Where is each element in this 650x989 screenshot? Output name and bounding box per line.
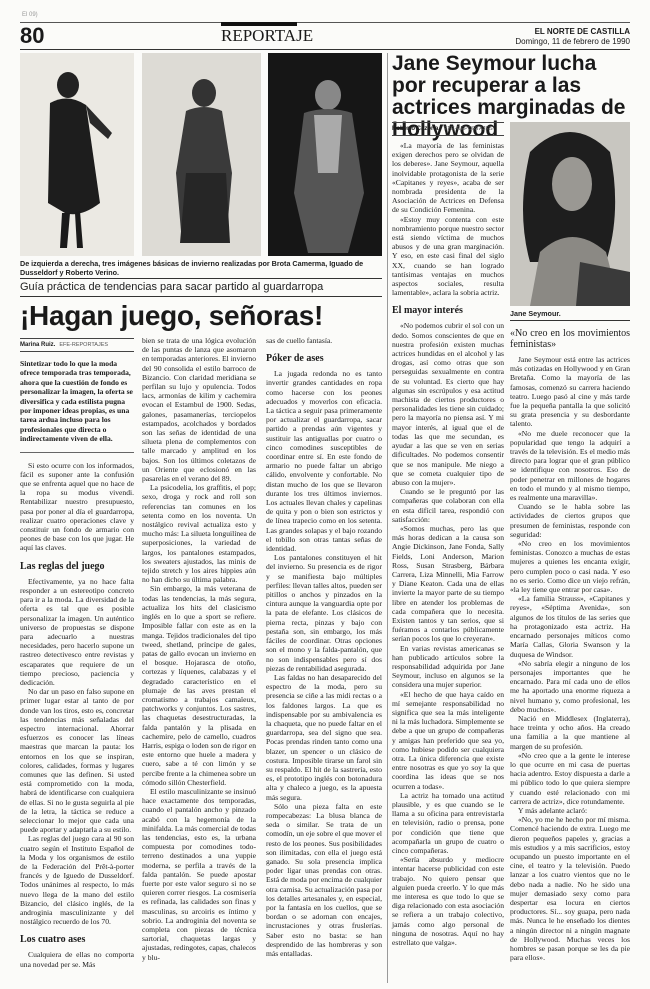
paragraph: Las faldas no han desaparecido del espec… xyxy=(266,673,382,802)
paragraph: Cuando se le preguntó por las compañeras… xyxy=(392,487,504,524)
paragraph: Y más adelante aclaró: xyxy=(510,806,630,815)
paragraph: Nació en Middlesex (Inglaterra), hace tr… xyxy=(510,714,630,751)
paragraph: «No, yo me he hecho por mí misma. Comenc… xyxy=(510,815,630,962)
paragraph: Las reglas del juego cara al 90 son cuat… xyxy=(20,834,134,926)
issue-date: Domingo, 11 de febrero de 1990 xyxy=(515,37,630,47)
byline-author: Marina Ruiz. xyxy=(20,342,55,348)
fashion-column-2: bien se trata de una lógica evolución de… xyxy=(142,336,256,962)
paragraph: «Sería absurdo y mediocre intentar hacer… xyxy=(392,855,504,947)
fashion-photo-2 xyxy=(142,53,261,256)
paragraph: No dar un paso en falso supone en primer… xyxy=(20,687,134,834)
paragraph: «El hecho de que haya caído en mí semeja… xyxy=(392,690,504,791)
byline-agency: EFE-REPORTAJES xyxy=(59,342,108,348)
paragraph: «No podemos cubrir el sol con un dedo. S… xyxy=(392,321,504,487)
paragraph: La psicodelia, los graffitis, el pop; se… xyxy=(142,483,256,584)
woman-in-coat-image xyxy=(20,53,134,256)
subhead-mayor-interes: El mayor interés xyxy=(392,305,504,316)
seymour-photo xyxy=(510,122,630,306)
paragraph: «No me duele reconocer que la popularida… xyxy=(510,429,630,503)
article-lead: Sintetizar todo lo que la moda ofrece te… xyxy=(20,359,134,444)
masthead-rule xyxy=(20,49,630,50)
byline-agency: EFE-REPORTAJES xyxy=(444,126,493,132)
paragraph: «No creo que a la gente le interese lo q… xyxy=(510,751,630,806)
paragraph: Si esto ocurre con los informados, fácil… xyxy=(20,461,134,553)
column-divider xyxy=(387,53,388,983)
paragraph: bien se trata de una lógica evolución de… xyxy=(142,336,256,483)
paragraph: Jane Seymour está entre las actrices más… xyxy=(510,355,630,429)
woman-dark-background-image xyxy=(268,53,382,256)
section-title: REPORTAJE xyxy=(221,26,301,46)
paragraph: «Somos muchas, pero las que más horas de… xyxy=(392,524,504,644)
paragraph: Sólo una pieza falta en este rompecabeza… xyxy=(266,802,382,958)
page-number: 80 xyxy=(20,24,44,48)
paragraph: En varias revistas americanas se han pub… xyxy=(392,644,504,690)
paragraph: «La familia Strauss», «Capitanes y reyes… xyxy=(510,594,630,658)
fashion-photo-caption: De izquierda a derecha, tres imágenes bá… xyxy=(20,259,382,277)
paragraph: Cuando se le habla sobre las actividades… xyxy=(510,502,630,539)
newspaper-name: EL NORTE DE CASTILLA xyxy=(535,27,630,37)
subhead-reglas: Las reglas del juego xyxy=(20,561,134,572)
seymour-photo-caption: Jane Seymour. xyxy=(510,309,630,318)
fashion-byline: Marina Ruiz.EFE-REPORTAJES xyxy=(20,338,134,352)
seymour-column-2: «No creo en los movimientos feministas» … xyxy=(510,322,630,962)
fashion-photo-1 xyxy=(20,53,134,256)
woman-in-dress-image xyxy=(142,53,261,256)
article-kicker: Guía práctica de tendencias para sacar p… xyxy=(20,281,382,293)
paragraph: El estilo masculinizante se insinuó hace… xyxy=(142,787,256,962)
subhead-ases: Los cuatro ases xyxy=(20,934,134,945)
page-corner-mark: El 09) xyxy=(22,12,38,18)
paragraph: «La mayoría de las feministas exigen der… xyxy=(392,141,504,215)
fashion-photo-3 xyxy=(268,53,382,256)
subhead-poker: Póker de ases xyxy=(266,353,382,364)
lead-rule xyxy=(20,452,134,453)
paragraph: Cualquiera de ellas no comporta una nove… xyxy=(20,950,134,968)
seymour-byline: Roberto Cazorla.EFE-REPORTAJES xyxy=(392,122,504,136)
paragraph: Sin embargo, la más veterana de todas la… xyxy=(142,584,256,786)
paragraph: sas de cuello fantasía. xyxy=(266,336,382,345)
paragraph: «Estoy muy contenta con este nombramient… xyxy=(392,215,504,298)
jane-seymour-portrait-image xyxy=(510,122,630,306)
paragraph: La jugada redonda no es tanto invertir g… xyxy=(266,369,382,553)
paragraph: «No sabría elegir a ninguno de los perso… xyxy=(510,659,630,714)
paragraph: «No creo en los movimientos feministas. … xyxy=(510,539,630,594)
quote-subhead: «No creo en los movimientos feministas» xyxy=(510,328,630,350)
caption-rule xyxy=(510,320,630,321)
fashion-column-3: sas de cuello fantasía. Póker de ases La… xyxy=(266,336,382,958)
fashion-column-1: Marina Ruiz.EFE-REPORTAJES Sintetizar to… xyxy=(20,338,134,969)
article-headline: ¡Hagan juego, señoras! xyxy=(20,300,382,332)
top-rule xyxy=(20,22,630,23)
paragraph: Efectivamente, ya no hace falta responde… xyxy=(20,577,134,687)
seymour-column-1: Roberto Cazorla.EFE-REPORTAJES «La mayor… xyxy=(392,122,504,947)
paragraph: La actriz ha tomado una actitud plausibl… xyxy=(392,791,504,855)
paragraph: Los pantalones constituyen el hit del in… xyxy=(266,553,382,673)
kicker-rule-top xyxy=(20,278,382,279)
kicker-rule-bottom xyxy=(20,296,382,297)
byline-author: Roberto Cazorla. xyxy=(392,126,440,132)
